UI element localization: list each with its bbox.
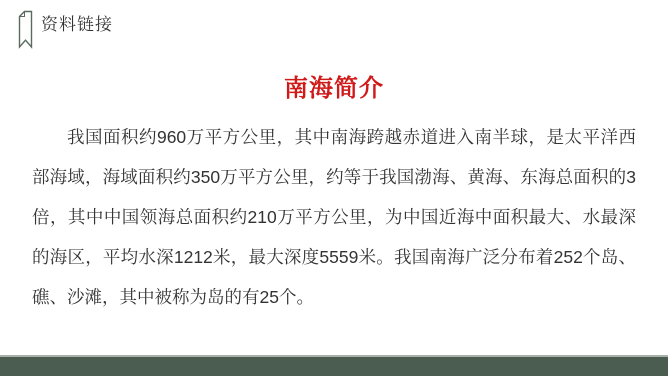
page-title: 南海简介 xyxy=(0,68,668,103)
footer-bar xyxy=(0,355,668,376)
header-label: 资料链接 xyxy=(41,10,113,35)
bookmark-icon xyxy=(18,10,33,49)
slide: 资料链接 南海简介 我国面积约960万平方公里，其中南海跨越赤道进入南半球，是太… xyxy=(0,0,668,376)
header: 资料链接 xyxy=(18,10,113,49)
body-paragraph: 我国面积约960万平方公里，其中南海跨越赤道进入南半球，是太平洋西部海域，海域面… xyxy=(32,117,636,317)
